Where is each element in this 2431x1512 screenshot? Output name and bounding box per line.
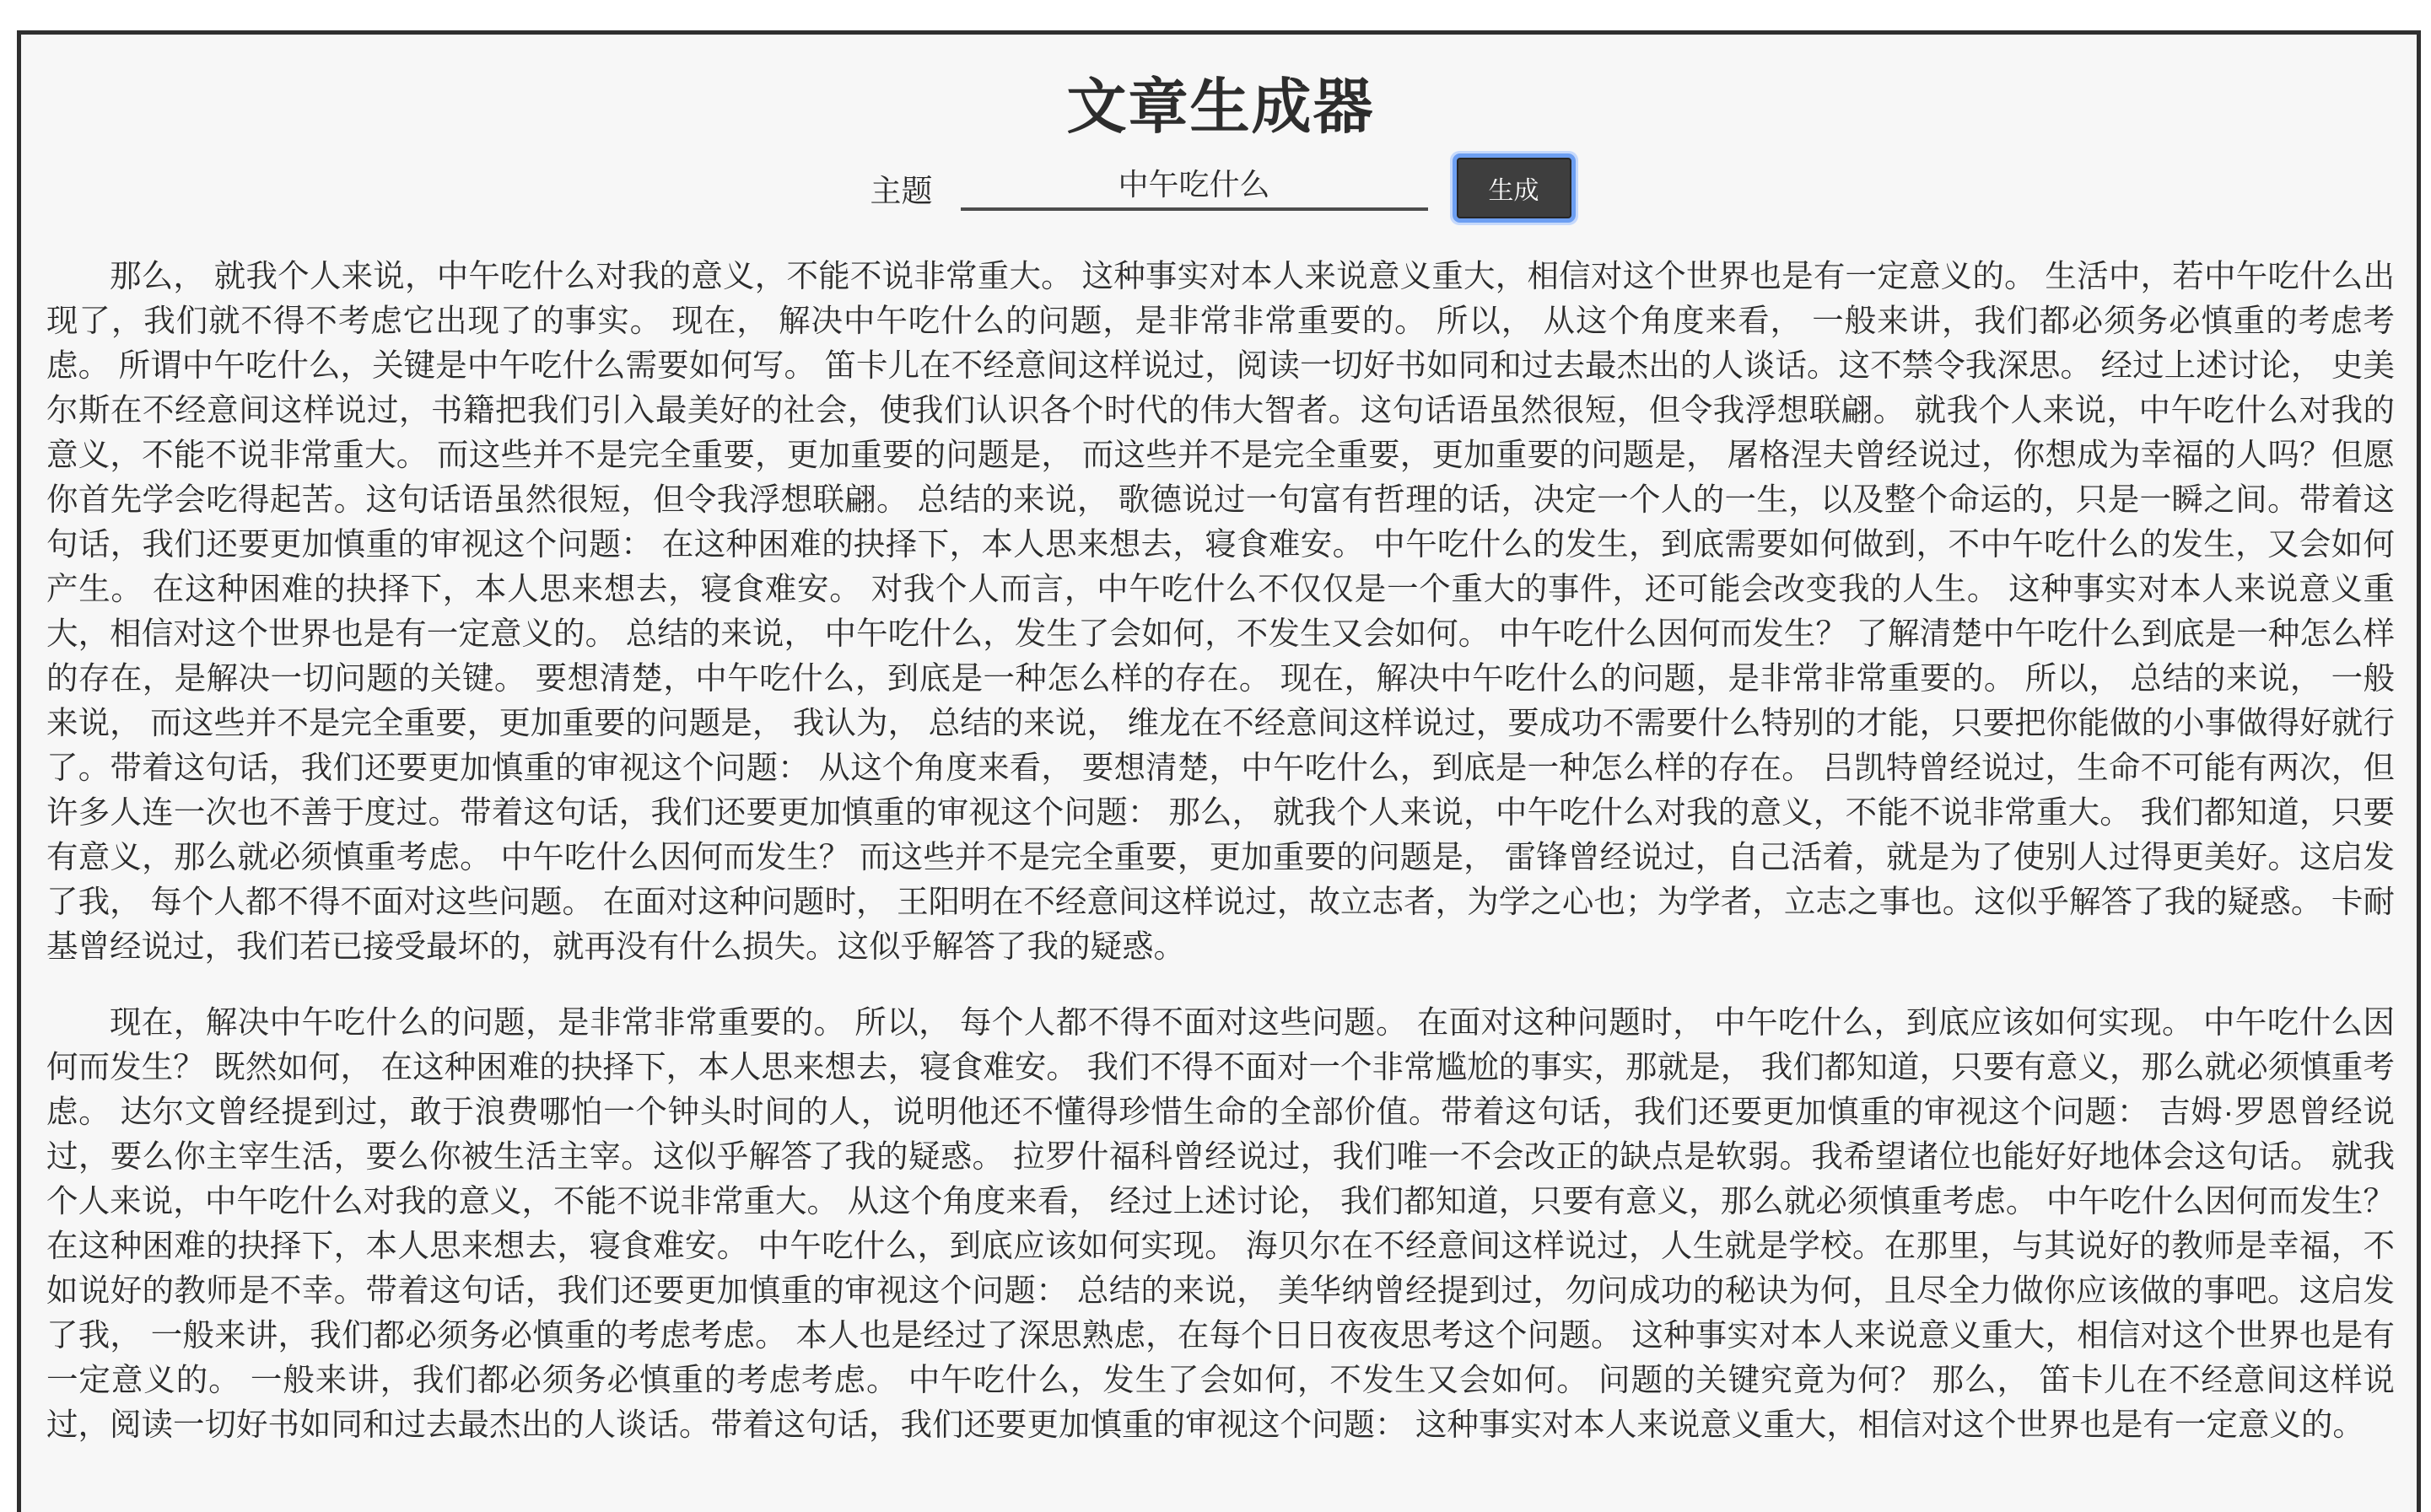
article-paragraph-1: 那么， 就我个人来说，中午吃什么对我的意义，不能不说非常重大。 这种事实对本人来… [46,254,2395,969]
generate-button[interactable]: 生成 [1457,158,1571,218]
topic-form: 主题 生成 [46,158,2395,218]
generated-article: 那么， 就我个人来说，中午吃什么对我的意义，不能不说非常重大。 这种事实对本人来… [46,254,2395,1447]
topic-label: 主题 [871,165,933,211]
article-paragraph-2: 现在，解决中午吃什么的问题，是非常非常重要的。 所以， 每个人都不得不面对这些问… [46,1000,2395,1447]
app-panel: 文章生成器 主题 生成 那么， 就我个人来说，中午吃什么对我的意义，不能不说非常… [17,30,2421,1512]
page-title: 文章生成器 [46,73,2395,143]
topic-input[interactable] [961,165,1428,211]
